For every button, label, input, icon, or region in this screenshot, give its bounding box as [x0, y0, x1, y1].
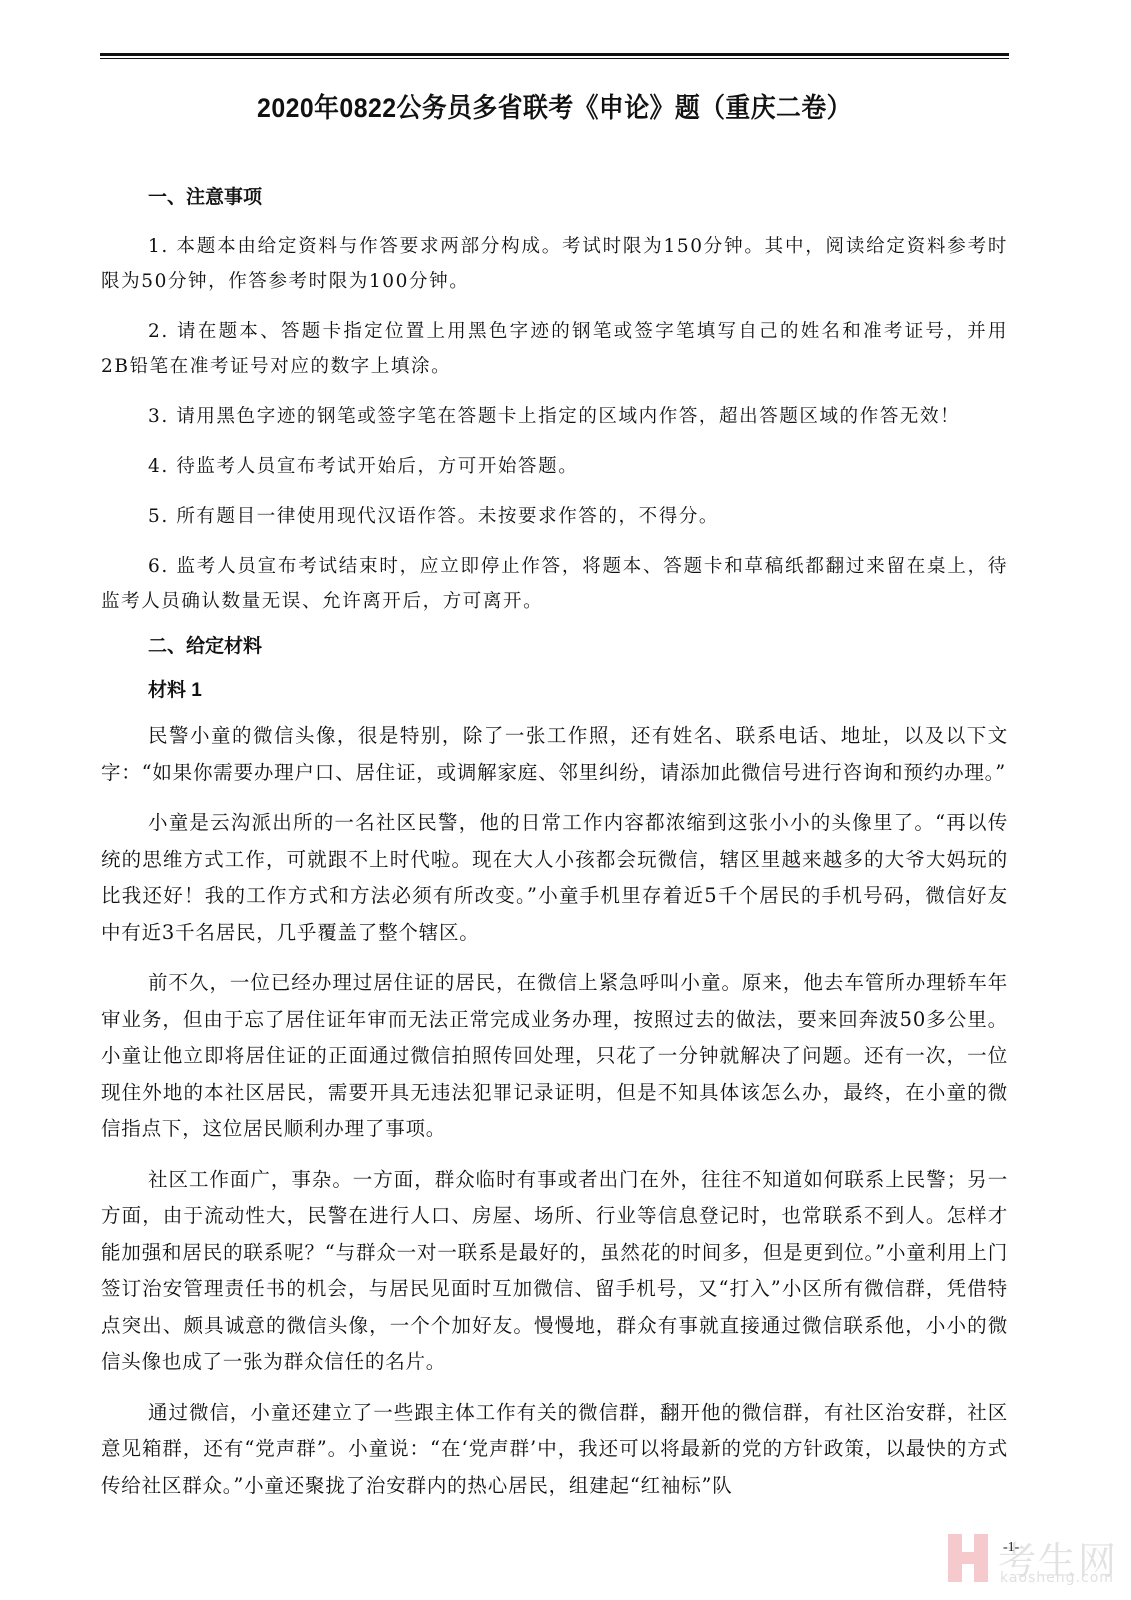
watermark-url: kaosheng.com — [1000, 1570, 1114, 1586]
section-heading-materials: 二、给定材料 — [101, 634, 1008, 660]
notice-item: 1. 本题本由给定资料与作答要求两部分构成。考试时限为150分钟。其中，阅读给定… — [101, 229, 1008, 299]
material-paragraph: 通过微信，小童还建立了一些跟主体工作有关的微信群，翻开他的微信群，有社区治安群，… — [101, 1395, 1008, 1505]
document-body: 一、注意事项 1. 本题本由给定资料与作答要求两部分构成。考试时限为150分钟。… — [101, 185, 1008, 1518]
section-heading-notice: 一、注意事项 — [101, 185, 1008, 211]
header-rule-thick — [100, 53, 1009, 56]
material-paragraph: 社区工作面广，事杂。一方面，群众临时有事或者出门在外，往往不知道如何联系上民警；… — [101, 1162, 1008, 1381]
page-number: -1- — [1003, 1540, 1019, 1556]
notice-item: 2. 请在题本、答题卡指定位置上用黑色字迹的钢笔或签字笔填写自己的姓名和准考证号… — [101, 314, 1008, 384]
kaosheng-logo-icon — [948, 1534, 992, 1582]
notice-item: 6. 监考人员宣布考试结束时，应立即停止作答，将题本、答题卡和草稿纸都翻过来留在… — [101, 549, 1008, 619]
material-paragraph: 民警小童的微信头像，很是特别，除了一张工作照，还有姓名、联系电话、地址，以及以下… — [101, 718, 1008, 791]
watermark-logo: 考生网 kaosheng.com — [948, 1532, 1128, 1592]
notice-item: 3. 请用黑色字迹的钢笔或签字笔在答题卡上指定的区域内作答，超出答题区域的作答无… — [101, 399, 1008, 434]
notice-item: 4. 待监考人员宣布考试开始后，方可开始答题。 — [101, 449, 1008, 484]
material-paragraph: 前不久，一位已经办理过居住证的居民，在微信上紧急呼叫小童。原来，他去车管所办理轿… — [101, 965, 1008, 1148]
document-title: 2020年0822公务员多省联考《申论》题（重庆二卷） — [136, 86, 972, 125]
material-label: 材料 1 — [101, 678, 1008, 704]
notice-item: 5. 所有题目一律使用现代汉语作答。未按要求作答的，不得分。 — [101, 499, 1008, 534]
header-rule-thin — [100, 58, 1009, 59]
material-paragraph: 小童是云沟派出所的一名社区民警，他的日常工作内容都浓缩到这张小小的头像里了。“再… — [101, 805, 1008, 951]
